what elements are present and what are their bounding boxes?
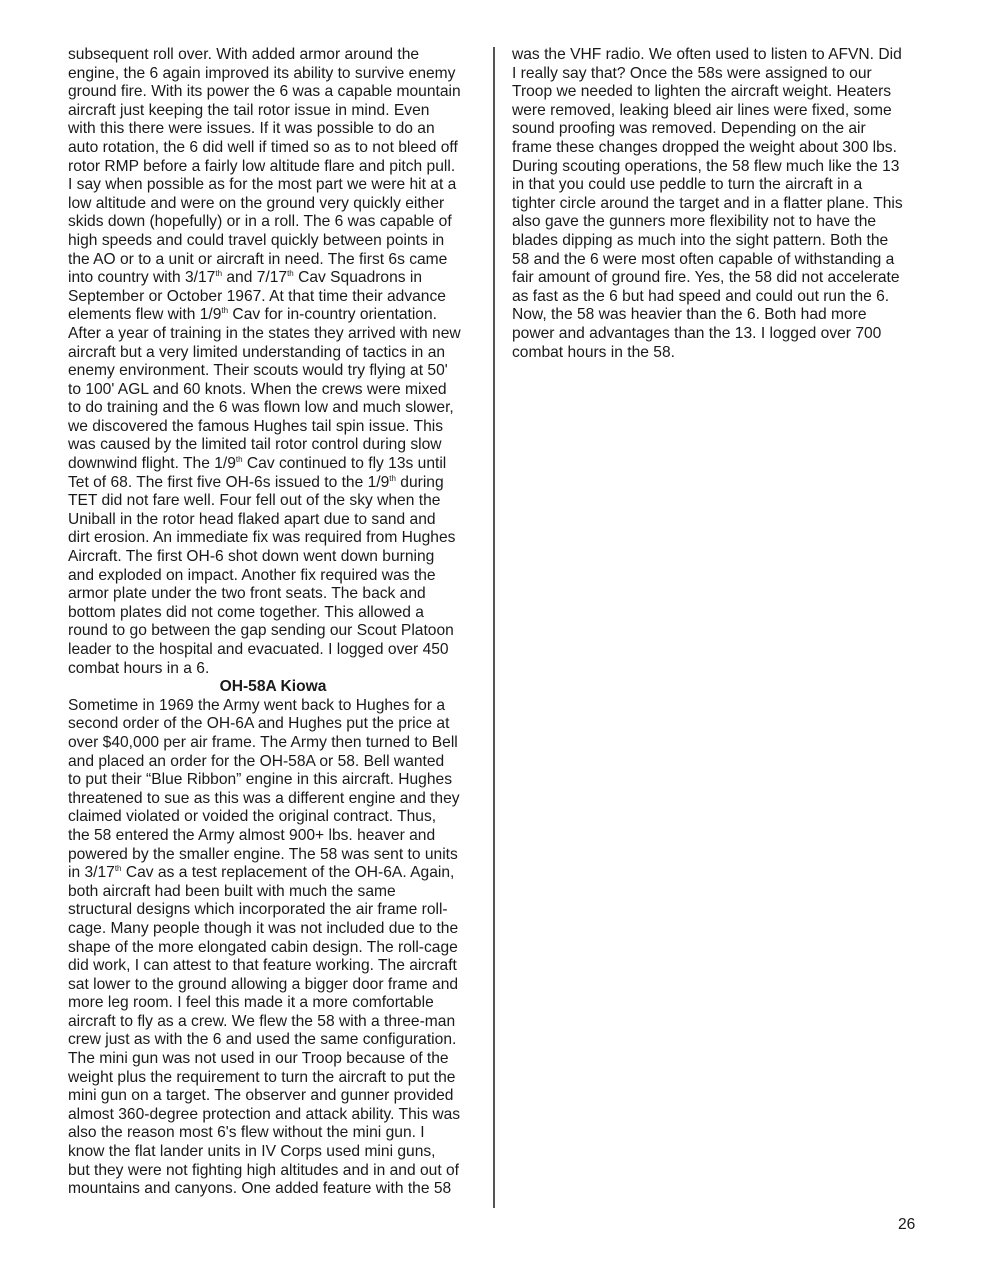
text-segment: with this there were issues. If it was p… xyxy=(68,120,435,137)
text-line: downwind flight. The 1/9th Cav continued… xyxy=(68,455,478,474)
text-segment: to 100' AGL and 60 knots. When the crews… xyxy=(68,381,447,398)
text-segment: were removed, leaking bleed air lines we… xyxy=(512,102,892,119)
text-line: Aircraft. The first OH-6 shot down went … xyxy=(68,548,478,567)
text-segment: did work, I can attest to that feature w… xyxy=(68,957,457,974)
text-line: tighter circle around the target and in … xyxy=(512,195,922,214)
text-segment: as fast as the 6 but had speed and could… xyxy=(512,288,889,305)
text-segment: enemy environment. Their scouts would tr… xyxy=(68,362,448,379)
text-line: more leg room. I feel this made it a mor… xyxy=(68,994,478,1013)
text-line: as fast as the 6 but had speed and could… xyxy=(512,288,922,307)
text-segment: in that you could use peddle to turn the… xyxy=(512,176,862,193)
text-line: I say when possible as for the most part… xyxy=(68,176,478,195)
superscript: th xyxy=(115,864,122,873)
text-line: rotor RMP before a fairly low altitude f… xyxy=(68,158,478,177)
text-line: the AO or to a unit or aircraft in need.… xyxy=(68,251,478,270)
text-segment: aircraft to fly as a crew. We flew the 5… xyxy=(68,1013,455,1030)
text-segment: sound proofing was removed. Depending on… xyxy=(512,120,866,137)
text-line: both aircraft had been built with much t… xyxy=(68,883,478,902)
text-segment: mini gun on a target. The observer and g… xyxy=(68,1087,453,1104)
text-line: in that you could use peddle to turn the… xyxy=(512,176,922,195)
text-line: blades dipping as much into the sight pa… xyxy=(512,232,922,251)
text-segment: low altitude and were on the ground very… xyxy=(68,195,444,212)
text-line: to put their “Blue Ribbon” engine in thi… xyxy=(68,771,478,790)
text-line: shape of the more elongated cabin design… xyxy=(68,939,478,958)
text-line: auto rotation, the 6 did well if timed s… xyxy=(68,139,478,158)
text-segment: to put their “Blue Ribbon” engine in thi… xyxy=(68,771,452,788)
text-line: After a year of training in the states t… xyxy=(68,325,478,344)
text-line: threatened to sue as this was a differen… xyxy=(68,790,478,809)
text-segment: weight plus the requirement to turn the … xyxy=(68,1069,455,1086)
text-segment: Aircraft. The first OH-6 shot down went … xyxy=(68,548,434,565)
text-line: was caused by the limited tail rotor con… xyxy=(68,436,478,455)
text-segment: Sometime in 1969 the Army went back to H… xyxy=(68,697,445,714)
text-line: aircraft just keeping the tail rotor iss… xyxy=(68,102,478,121)
text-line: sound proofing was removed. Depending on… xyxy=(512,120,922,139)
text-segment: aircraft but a very limited understandin… xyxy=(68,344,445,361)
text-segment: we discovered the famous Hughes tail spi… xyxy=(68,418,443,435)
text-line: cage. Many people though it was not incl… xyxy=(68,920,478,939)
text-line: weight plus the requirement to turn the … xyxy=(68,1069,478,1088)
text-segment: rotor RMP before a fairly low altitude f… xyxy=(68,158,455,175)
text-segment: leader to the hospital and evacuated. I … xyxy=(68,641,449,658)
text-line: I really say that? Once the 58s were ass… xyxy=(512,65,922,84)
text-segment: combat hours in the 58. xyxy=(512,344,675,361)
text-line: also gave the gunners more flexibility n… xyxy=(512,213,922,232)
text-segment: know the flat lander units in IV Corps u… xyxy=(68,1143,436,1160)
text-segment: threatened to sue as this was a differen… xyxy=(68,790,460,807)
text-line: structural designs which incorporated th… xyxy=(68,901,478,920)
text-line: power and advantages than the 13. I logg… xyxy=(512,325,922,344)
text-segment: Now, the 58 was heavier than the 6. Both… xyxy=(512,306,867,323)
text-segment: powered by the smaller engine. The 58 wa… xyxy=(68,846,458,863)
text-line: in 3/17th Cav as a test replacement of t… xyxy=(68,864,478,883)
text-line: bottom plates did not come together. Thi… xyxy=(68,604,478,623)
text-line: Tet of 68. The first five OH-6s issued t… xyxy=(68,474,478,493)
text-line: skids down (hopefully) or in a roll. The… xyxy=(68,213,478,232)
text-line: elements flew with 1/9th Cav for in-coun… xyxy=(68,306,478,325)
text-segment: was the VHF radio. We often used to list… xyxy=(512,46,902,63)
superscript: th xyxy=(287,269,294,278)
text-line: dirt erosion. An immediate fix was requi… xyxy=(68,529,478,548)
right-column: was the VHF radio. We often used to list… xyxy=(512,46,922,362)
text-line: combat hours in a 6. xyxy=(68,660,478,679)
text-segment: mountains and canyons. One added feature… xyxy=(68,1180,451,1197)
text-line: Uniball in the rotor head flaked apart d… xyxy=(68,511,478,530)
text-line: almost 360-degree protection and attack … xyxy=(68,1106,478,1125)
text-line: high speeds and could travel quickly bet… xyxy=(68,232,478,251)
text-line: armor plate under the two front seats. T… xyxy=(68,585,478,604)
text-segment: Cav continued to fly 13s until xyxy=(243,455,447,472)
text-segment: engine, the 6 again improved its ability… xyxy=(68,65,455,82)
text-segment: the AO or to a unit or aircraft in need.… xyxy=(68,251,447,268)
text-line: aircraft but a very limited understandin… xyxy=(68,344,478,363)
text-segment: both aircraft had been built with much t… xyxy=(68,883,396,900)
text-segment: power and advantages than the 13. I logg… xyxy=(512,325,881,342)
text-line: engine, the 6 again improved its ability… xyxy=(68,65,478,84)
left-column-paragraph-oh58: Sometime in 1969 the Army went back to H… xyxy=(68,697,478,1199)
text-line: but they were not fighting high altitude… xyxy=(68,1162,478,1181)
text-segment: claimed violated or voided the original … xyxy=(68,808,436,825)
text-segment: crew just as with the 6 and used the sam… xyxy=(68,1031,456,1048)
text-line: 58 and the 6 were most often capable of … xyxy=(512,251,922,270)
text-segment: During scouting operations, the 58 flew … xyxy=(512,158,899,175)
text-line: combat hours in the 58. xyxy=(512,344,922,363)
text-line: into country with 3/17th and 7/17th Cav … xyxy=(68,269,478,288)
document-page: subsequent roll over. With added armor a… xyxy=(0,0,989,1280)
page-number: 26 xyxy=(898,1216,915,1234)
text-segment: Cav for in-country orientation. xyxy=(228,306,437,323)
text-segment: more leg room. I feel this made it a mor… xyxy=(68,994,434,1011)
text-line: enemy environment. Their scouts would tr… xyxy=(68,362,478,381)
text-segment: I say when possible as for the most part… xyxy=(68,176,456,193)
text-line: The mini gun was not used in our Troop b… xyxy=(68,1050,478,1069)
text-line: second order of the OH-6A and Hughes put… xyxy=(68,715,478,734)
text-line: Troop we needed to lighten the aircraft … xyxy=(512,83,922,102)
text-segment: skids down (hopefully) or in a roll. The… xyxy=(68,213,452,230)
text-line: we discovered the famous Hughes tail spi… xyxy=(68,418,478,437)
text-segment: also gave the gunners more flexibility n… xyxy=(512,213,876,230)
text-segment: and exploded on impact. Another fix requ… xyxy=(68,567,436,584)
text-segment: fair amount of ground fire. Yes, the 58 … xyxy=(512,269,900,286)
text-segment: over $40,000 per air frame. The Army the… xyxy=(68,734,458,751)
text-segment: structural designs which incorporated th… xyxy=(68,901,448,918)
superscript: th xyxy=(389,474,396,483)
text-segment: The mini gun was not used in our Troop b… xyxy=(68,1050,449,1067)
text-segment: bottom plates did not come together. Thi… xyxy=(68,604,424,621)
text-line: to 100' AGL and 60 knots. When the crews… xyxy=(68,381,478,400)
text-segment: subsequent roll over. With added armor a… xyxy=(68,46,419,63)
text-segment: was caused by the limited tail rotor con… xyxy=(68,436,442,453)
text-line: ground fire. With its power the 6 was a … xyxy=(68,83,478,102)
column-divider xyxy=(493,47,495,1208)
text-line: During scouting operations, the 58 flew … xyxy=(512,158,922,177)
text-line: the 58 entered the Army almost 900+ lbs.… xyxy=(68,827,478,846)
text-segment: high speeds and could travel quickly bet… xyxy=(68,232,444,249)
text-line: subsequent roll over. With added armor a… xyxy=(68,46,478,65)
text-segment: TET did not fare well. Four fell out of … xyxy=(68,492,440,509)
text-segment: dirt erosion. An immediate fix was requi… xyxy=(68,529,455,546)
text-segment: aircraft just keeping the tail rotor iss… xyxy=(68,102,429,119)
text-segment: Troop we needed to lighten the aircraft … xyxy=(512,83,891,100)
text-segment: Cav as a test replacement of the OH-6A. … xyxy=(122,864,455,881)
text-segment: ground fire. With its power the 6 was a … xyxy=(68,83,461,100)
text-segment: tighter circle around the target and in … xyxy=(512,195,903,212)
text-segment: After a year of training in the states t… xyxy=(68,325,461,342)
text-segment: blades dipping as much into the sight pa… xyxy=(512,232,888,249)
text-segment: Uniball in the rotor head flaked apart d… xyxy=(68,511,436,528)
text-line: and exploded on impact. Another fix requ… xyxy=(68,567,478,586)
text-segment: 58 and the 6 were most often capable of … xyxy=(512,251,894,268)
text-line: Sometime in 1969 the Army went back to H… xyxy=(68,697,478,716)
text-line: sat lower to the ground allowing a bigge… xyxy=(68,976,478,995)
text-segment: to do training and the 6 was flown low a… xyxy=(68,399,454,416)
text-segment: round to go between the gap sending our … xyxy=(68,622,454,639)
text-line: TET did not fare well. Four fell out of … xyxy=(68,492,478,511)
text-line: to do training and the 6 was flown low a… xyxy=(68,399,478,418)
text-segment: September or October 1967. At that time … xyxy=(68,288,446,305)
text-segment: downwind flight. The 1/9 xyxy=(68,455,236,472)
text-segment: auto rotation, the 6 did well if timed s… xyxy=(68,139,458,156)
text-line: and placed an order for the OH-58A or 58… xyxy=(68,753,478,772)
superscript: th xyxy=(236,455,243,464)
section-heading-oh58a-kiowa: OH-58A Kiowa xyxy=(68,678,478,697)
text-line: claimed violated or voided the original … xyxy=(68,808,478,827)
text-segment: Cav Squadrons in xyxy=(294,269,422,286)
text-line: over $40,000 per air frame. The Army the… xyxy=(68,734,478,753)
text-line: Now, the 58 was heavier than the 6. Both… xyxy=(512,306,922,325)
text-line: September or October 1967. At that time … xyxy=(68,288,478,307)
text-line: mountains and canyons. One added feature… xyxy=(68,1180,478,1199)
text-segment: and placed an order for the OH-58A or 58… xyxy=(68,753,444,770)
text-segment: I really say that? Once the 58s were ass… xyxy=(512,65,872,82)
text-line: fair amount of ground fire. Yes, the 58 … xyxy=(512,269,922,288)
text-segment: second order of the OH-6A and Hughes put… xyxy=(68,715,449,732)
text-segment: and 7/17 xyxy=(222,269,287,286)
text-line: frame these changes dropped the weight a… xyxy=(512,139,922,158)
text-segment: almost 360-degree protection and attack … xyxy=(68,1106,460,1123)
text-line: did work, I can attest to that feature w… xyxy=(68,957,478,976)
text-line: crew just as with the 6 and used the sam… xyxy=(68,1031,478,1050)
text-line: know the flat lander units in IV Corps u… xyxy=(68,1143,478,1162)
text-line: also the reason most 6's flew without th… xyxy=(68,1124,478,1143)
text-line: was the VHF radio. We often used to list… xyxy=(512,46,922,65)
text-segment: but they were not fighting high altitude… xyxy=(68,1162,459,1179)
text-line: powered by the smaller engine. The 58 wa… xyxy=(68,846,478,865)
text-segment: cage. Many people though it was not incl… xyxy=(68,920,458,937)
text-line: round to go between the gap sending our … xyxy=(68,622,478,641)
text-line: leader to the hospital and evacuated. I … xyxy=(68,641,478,660)
left-column: subsequent roll over. With added armor a… xyxy=(68,46,478,1199)
right-column-paragraph-oh58-continued: was the VHF radio. We often used to list… xyxy=(512,46,922,362)
text-line: with this there were issues. If it was p… xyxy=(68,120,478,139)
text-line: mini gun on a target. The observer and g… xyxy=(68,1087,478,1106)
text-segment: sat lower to the ground allowing a bigge… xyxy=(68,976,458,993)
text-segment: Tet of 68. The first five OH-6s issued t… xyxy=(68,474,389,491)
text-segment: frame these changes dropped the weight a… xyxy=(512,139,897,156)
left-column-paragraph-oh6: subsequent roll over. With added armor a… xyxy=(68,46,478,678)
text-segment: the 58 entered the Army almost 900+ lbs.… xyxy=(68,827,435,844)
text-segment: elements flew with 1/9 xyxy=(68,306,221,323)
text-segment: shape of the more elongated cabin design… xyxy=(68,939,458,956)
text-segment: in 3/17 xyxy=(68,864,115,881)
text-line: aircraft to fly as a crew. We flew the 5… xyxy=(68,1013,478,1032)
text-segment: also the reason most 6's flew without th… xyxy=(68,1124,425,1141)
text-line: were removed, leaking bleed air lines we… xyxy=(512,102,922,121)
text-line: low altitude and were on the ground very… xyxy=(68,195,478,214)
text-segment: into country with 3/17 xyxy=(68,269,215,286)
text-segment: combat hours in a 6. xyxy=(68,660,209,677)
text-segment: during xyxy=(396,474,444,491)
text-segment: armor plate under the two front seats. T… xyxy=(68,585,426,602)
